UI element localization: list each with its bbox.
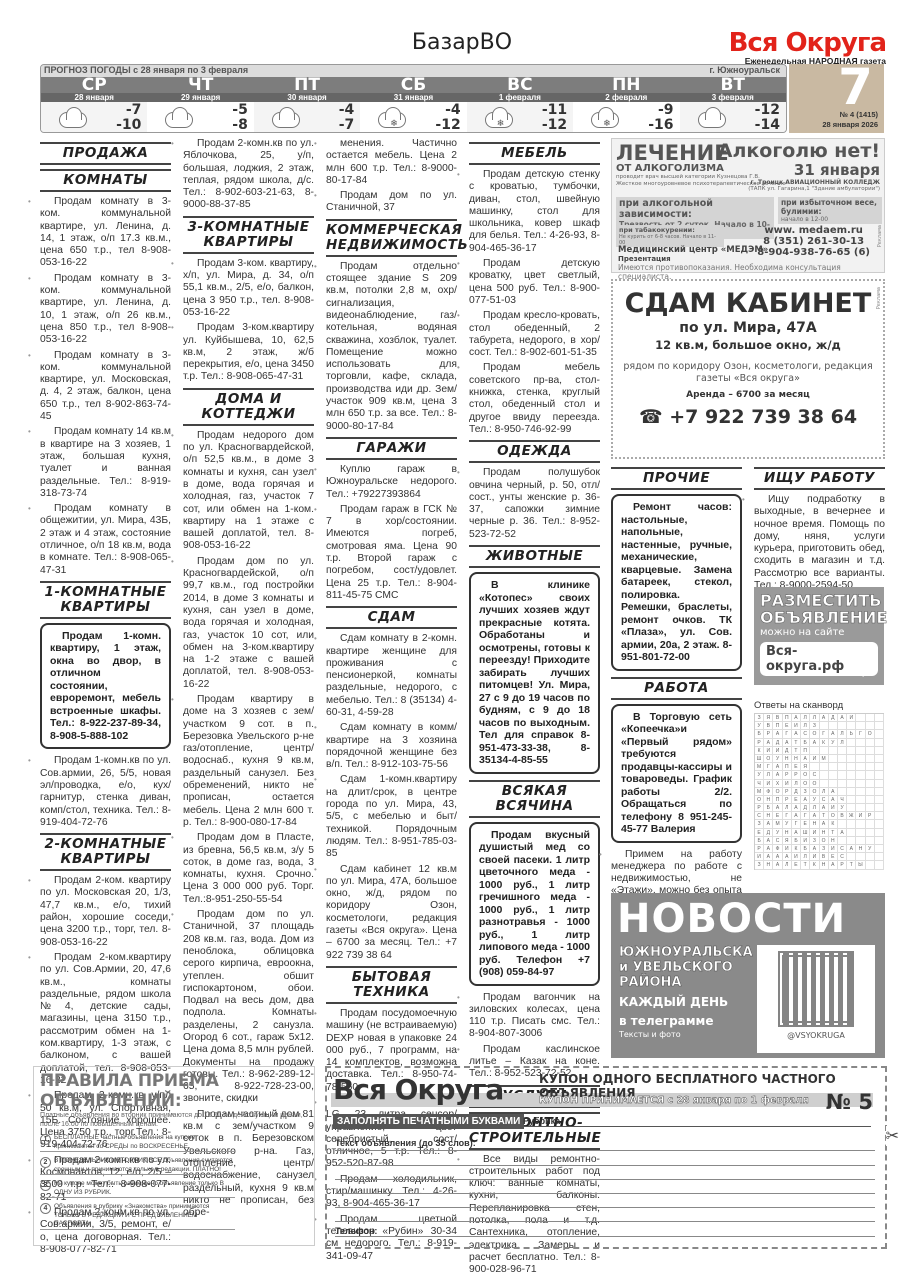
section-1room: 1-КОМНАТНЫЕ КВАРТИРЫ (40, 581, 171, 619)
temp-low: -14 (755, 118, 780, 133)
scanword-cell: П (801, 747, 810, 755)
scanword-cell (838, 722, 847, 730)
scanword-cell: И (764, 747, 773, 755)
scanword-cell (838, 837, 847, 845)
scanword-cell: К (820, 739, 829, 747)
scanword-cell: У (773, 829, 782, 837)
scanword-cell (838, 788, 847, 796)
scanword-cell (856, 820, 865, 828)
scanword-cell (820, 763, 829, 771)
scanword-cell: Н (810, 820, 819, 828)
rule-text: БЕСПЛАТНЫЕ частные объявления на купоне … (54, 1134, 195, 1150)
scanword-cell: Д (792, 788, 801, 796)
scanword-cell (856, 763, 865, 771)
classified-ad: Продам комнату в 3-ком. коммунальной ква… (40, 196, 171, 270)
weather-day: ВС 1 февраля ❄ -11-12 (467, 77, 573, 133)
scanword-cell (866, 804, 875, 812)
section-appliances: БЫТОВАЯ ТЕХНИКА (326, 966, 457, 1004)
scanword-cell (829, 780, 838, 788)
scanword-cell: Р (764, 730, 773, 738)
scanword-cell: И (810, 755, 819, 763)
scanword-cell: А (829, 861, 838, 869)
temp-low: -12 (435, 118, 460, 133)
office-details: 12 кв.м, большое окно, ж/д (613, 337, 883, 353)
rule-number: 4 (40, 1203, 51, 1214)
rehab-weight: при избыточном весе, булимии: (781, 198, 879, 216)
temp-high: -4 (435, 103, 460, 118)
scanword-cell: С (810, 771, 819, 779)
section-3room: 3-КОМНАТНЫЕ КВАРТИРЫ (183, 216, 314, 254)
scanword-cell: И (773, 747, 782, 755)
scanword-cell (838, 771, 847, 779)
page-number: 7 (789, 64, 884, 110)
issue-box: 7 № 4 (1415) 28 января 2026 (789, 64, 884, 133)
scanword-cell: У (755, 722, 764, 730)
phone-icon: ☎ (639, 406, 669, 428)
rules-title: ПРАВИЛА ПРИЕМА ОБЪЯВЛЕНИЙ: (40, 1071, 308, 1111)
scanword-cell (866, 771, 875, 779)
scanword-cell: П (773, 722, 782, 730)
boxed-ad: Ремонт часов: настольные, напольные, нас… (611, 494, 742, 671)
scanword-cell (856, 837, 865, 845)
scanword-cell: Л (764, 771, 773, 779)
scanword-cell: З (755, 714, 764, 722)
scanword-cell (856, 780, 865, 788)
scanword-cell: А (773, 730, 782, 738)
scanword-cell: О (801, 780, 810, 788)
scanword-cell (866, 788, 875, 796)
scanword-cell: Л (801, 714, 810, 722)
day-name: ПН (573, 77, 679, 93)
scanword-cell (856, 755, 865, 763)
scanword-cell (866, 755, 875, 763)
classified-ad: Продам мебель советского пр-ва, стол-кни… (469, 362, 600, 436)
scanword-grid: ЗЯВПАЛЛАДАИУВПЕИЛЗБРАГАСОГАЛЬГОРАДАТБАКУ… (754, 713, 884, 870)
temp-high: -12 (755, 103, 780, 118)
temp-low: -12 (542, 118, 567, 133)
scanword-cell (866, 714, 875, 722)
scanword-cell: Н (764, 796, 773, 804)
scanword-cell (810, 763, 819, 771)
scanword-cell: К (755, 747, 764, 755)
scanword-cell: П (783, 714, 792, 722)
scanword-cell: Н (764, 861, 773, 869)
scanword-cell: Л (820, 788, 829, 796)
scanword-cell: Е (792, 763, 801, 771)
scanword-cell: В (773, 714, 782, 722)
scanword-cell: Н (829, 837, 838, 845)
scanword-cell (856, 747, 865, 755)
scanword-cell: Т (847, 861, 856, 869)
scanword-cell: Т (801, 861, 810, 869)
scanword-cell: Н (783, 755, 792, 763)
scanword-cell (838, 820, 847, 828)
rubric-field[interactable]: Рубрика (523, 1116, 871, 1127)
scanword-cell (875, 812, 884, 820)
rule-item: 3На купоне может быть размещено объявлен… (40, 1180, 235, 1198)
scanword-cell (866, 820, 875, 828)
rehab-smoke: при табакокурении: (619, 226, 721, 234)
scanword-cell (838, 747, 847, 755)
scanword-cell: Л (792, 780, 801, 788)
scanword-cell: Г (792, 820, 801, 828)
scanword-cell: Т (820, 812, 829, 820)
scanword-cell: А (801, 755, 810, 763)
classified-ad: Ищу подработку в выходные, в вечернее и … (754, 494, 885, 592)
classified-ad: Продам гараж в ГСК № 7 в хор/состоянии. … (326, 504, 457, 602)
day-date: 28 января (41, 93, 147, 102)
rules-intro: Платные объявления во вторник принимаютс… (40, 1111, 308, 1129)
scanword-cell (847, 747, 856, 755)
day-date: 29 января (147, 93, 253, 102)
scanword-cell (866, 763, 875, 771)
scanword-cell: З (755, 861, 764, 869)
scanword-cell (847, 788, 856, 796)
classified-ad: Продам дом по ул. Станичной, 37 (326, 190, 457, 215)
scanword-cell (875, 820, 884, 828)
scanword-cell: Л (838, 739, 847, 747)
scanword-cell: Р (783, 796, 792, 804)
scanword-cell: Я (801, 763, 810, 771)
section-commercial: КОММЕРЧЕСКАЯ НЕДВИЖИМОСТЬ (326, 219, 457, 257)
scanword-cell: Г (856, 730, 865, 738)
text-line[interactable] (335, 1165, 875, 1166)
scanword-cell (820, 780, 829, 788)
scanword-cell (838, 780, 847, 788)
scanword-cell: А (792, 829, 801, 837)
section-other: ПРОЧИЕ (611, 467, 742, 490)
scanword-cell (875, 722, 884, 730)
scanword-cell: И (783, 780, 792, 788)
scanword-cell: И (783, 845, 792, 853)
scanword-cell: У (773, 755, 782, 763)
scanword-cell (829, 722, 838, 730)
scanword-cell (866, 837, 875, 845)
scanword-cell: Н (764, 812, 773, 820)
text-line[interactable] (335, 1207, 875, 1208)
boxed-ad: В клинике «Котопес» своих лучших хозяев … (469, 572, 600, 774)
text-label: Текст объявления (до 35 слов): (335, 1138, 476, 1148)
scanword-cell: Б (755, 837, 764, 845)
phone-field[interactable]: Телефон: (335, 1226, 875, 1237)
scanword-cell: Ш (801, 829, 810, 837)
issue-number: № 4 (1415) (789, 110, 884, 120)
rule-item: 1БЕСПЛАТНЫЕ частные объявления на купоне… (40, 1134, 235, 1152)
rehab-date: 31 января (718, 161, 880, 179)
rehab-ad: ЛЕЧЕНИЕ ОТ АЛКОГОЛИЗМА проводит врач выс… (611, 138, 885, 273)
section-rent: СДАМ (326, 606, 457, 629)
scissors-icon: ✂ (886, 1126, 899, 1146)
scanword-cell: Т (829, 829, 838, 837)
section-work: РАБОТА (611, 677, 742, 700)
scanword-cell (856, 804, 865, 812)
scanword-cell: З (810, 837, 819, 845)
rule-item: 2В ПОНЕДЕЛЬНИК и ВТОРНИК ВСЕ объявления … (40, 1157, 235, 1175)
scanword-cell: Л (838, 730, 847, 738)
temp-high: -9 (648, 103, 673, 118)
scanword-cell: М (755, 763, 764, 771)
scanword-cell (866, 780, 875, 788)
classified-ad: Продам кресло-кровать, стол обеденный, 2… (469, 310, 600, 359)
scanword-cell (820, 722, 829, 730)
scanword-cell: Е (801, 820, 810, 828)
scanword-cell (847, 837, 856, 845)
boxed-ad: Продам вкусный душистый мед со своей пас… (469, 822, 600, 986)
post-ad-line3: можно на сайте (760, 627, 878, 638)
cloudy-icon (694, 108, 728, 128)
section-seek-work: ИЩУ РАБОТУ (754, 467, 885, 490)
scanword-cell: С (773, 837, 782, 845)
ad-rules: ПРАВИЛА ПРИЕМА ОБЪЯВЛЕНИЙ: Платные объяв… (33, 1066, 315, 1246)
scanword-cell (847, 804, 856, 812)
classified-ad: Продам комнату в 3-ком. коммунальной ква… (40, 350, 171, 424)
column-6: ИЩУ РАБОТУ Ищу подработку в выходные, в … (754, 463, 885, 595)
rule-number: 2 (40, 1157, 51, 1168)
scanword-cell: А (783, 853, 792, 861)
scanword-cell: В (764, 722, 773, 730)
coupon-accepted: КУПОН ПРИНИМАЕТСЯ с 28 января по 1 февра… (539, 1095, 809, 1106)
qr-code[interactable]: @VSYOKRUGA (757, 945, 875, 1053)
scanword-cell: Д (783, 747, 792, 755)
weather-day: ПТ 30 января -4-7 (254, 77, 360, 133)
temp-low: -7 (339, 118, 355, 133)
scanword-cell: Е (829, 853, 838, 861)
classified-ad: Продам комнату 14 кв.м в квартире на 3 х… (40, 426, 171, 500)
rule-item: 4Объявления в рубрику «Знакомства» прини… (40, 1203, 235, 1230)
scanword-cell (829, 771, 838, 779)
classified-ad: Продам 3-ком. квартиру, х/п, ул. Мира, д… (183, 258, 314, 319)
scanword-cell: Ш (755, 755, 764, 763)
rehab-center: Медицинский центр «МЕДЭМ» (618, 245, 768, 255)
scanword-cell: А (820, 714, 829, 722)
scanword-cell: Н (820, 829, 829, 837)
scanword-cell: А (764, 845, 773, 853)
classified-ad: Продам вагончик на зиловских колесах, це… (469, 992, 600, 1041)
scanword-cell (866, 722, 875, 730)
scanword-cell (856, 853, 865, 861)
scanword-cell: М (755, 788, 764, 796)
scanword-cell: И (810, 853, 819, 861)
scanword-cell: Л (783, 804, 792, 812)
snow-icon: ❄ (587, 108, 621, 128)
day-name: СБ (360, 77, 466, 93)
scanword-cell: А (801, 796, 810, 804)
section-2room: 2-КОМНАТНЫЕ КВАРТИРЫ (40, 833, 171, 871)
scanword-cell (875, 853, 884, 861)
weather-day: ЧТ 29 января -5-8 (147, 77, 253, 133)
scanword-cell (875, 730, 884, 738)
scanword-cell (875, 771, 884, 779)
scanword-cell: Г (801, 812, 810, 820)
classified-ad: менения. Частично остается мебель. Цена … (326, 138, 457, 187)
day-date: 3 февраля (680, 93, 786, 102)
day-name: ЧТ (147, 77, 253, 93)
scanword-cell: А (764, 820, 773, 828)
coupon-brand: Вся Округа (333, 1073, 503, 1106)
scanword-cell: С (838, 845, 847, 853)
scanword-cell: У (783, 820, 792, 828)
scanword-cell (856, 771, 865, 779)
scanword-cell: У (866, 845, 875, 853)
temp-high: -7 (116, 103, 141, 118)
rehab-phone-1: 8 (351) 261-30-13 (757, 236, 870, 247)
scanword-cell: А (847, 845, 856, 853)
scanword-cell: Б (792, 837, 801, 845)
scanword-cell (847, 796, 856, 804)
scanword-cell: И (755, 853, 764, 861)
scanword-cell: Р (792, 771, 801, 779)
office-phone: +7 922 739 38 64 (669, 406, 857, 428)
scanword-cell: А (792, 730, 801, 738)
scanword-cell (866, 829, 875, 837)
scanword-cell (847, 739, 856, 747)
telegram-handle: @VSYOKRUGA (763, 1031, 869, 1040)
day-name: ПТ (254, 77, 360, 93)
classified-ad: Продам недорого дом по ул. Красногвардей… (183, 430, 314, 553)
scanword-cell: А (773, 771, 782, 779)
boxed-ad: Продам 1-комн. квартиру, 1 этаж, окна во… (40, 623, 171, 750)
scanword-cell: Р (838, 861, 847, 869)
rule-text: На купоне может быть размещено объявлени… (54, 1180, 224, 1196)
scanword-cell: И (764, 780, 773, 788)
scanword-cell (847, 722, 856, 730)
scanword-cell: О (866, 730, 875, 738)
cloudy-icon (161, 108, 195, 128)
scanword-cell: У (755, 771, 764, 779)
scanword-cell: Ч (838, 796, 847, 804)
scanword-cell (829, 747, 838, 755)
scanword-cell: Б (755, 730, 764, 738)
scanword-cell: Д (764, 829, 773, 837)
classified-ad: Продам комнату в 3-ком. коммунальной ква… (40, 273, 171, 347)
scanword-cell: А (792, 804, 801, 812)
classified-ad: Сдам комнату в 2-комн. квартире женщине … (326, 633, 457, 719)
scanword-cell (866, 861, 875, 869)
scanword-cell: О (755, 796, 764, 804)
temp-high: -5 (232, 103, 248, 118)
classified-ad: Продам отдельно стоящее здание S 209 кв.… (326, 261, 457, 433)
scanword-cell (875, 829, 884, 837)
scanword-cell: О (773, 788, 782, 796)
scanword-cell: А (820, 804, 829, 812)
scanword-cell (866, 747, 875, 755)
scanword-cell: Е (792, 796, 801, 804)
coupon-fill-note: ЗАПОЛНЯТЬ ПЕЧАТНЫМИ БУКВАМИ (333, 1114, 524, 1129)
scanword-cell (847, 771, 856, 779)
post-ad-banner[interactable]: РАЗМЕСТИТЬ ОБЪЯВЛЕНИЕ можно на сайте Вся… (754, 587, 884, 685)
free-ad-coupon: Вся Округа КУПОН ОДНОГО БЕСПЛАТНОГО ЧАСТ… (325, 1066, 887, 1249)
scanword-cell (875, 845, 884, 853)
ad-label: Реклама (877, 225, 883, 247)
cloudy-icon (268, 108, 302, 128)
scanword-cell: Е (773, 812, 782, 820)
snow-icon: ❄ (374, 108, 408, 128)
scanword-cell: И (801, 837, 810, 845)
scanword-cell: Д (829, 714, 838, 722)
rubric-label: Рубрика (523, 1116, 560, 1126)
scanword-cell: А (810, 812, 819, 820)
text-line[interactable] (335, 1193, 875, 1194)
scanword-cell: А (838, 714, 847, 722)
scanword-cell: Л (810, 804, 819, 812)
scanword-cell: И (829, 804, 838, 812)
text-line[interactable] (335, 1150, 875, 1151)
classified-ad: Продам 3-ком.квартиру ул. Куйбышева, 10,… (183, 322, 314, 383)
scanword-cell: А (792, 714, 801, 722)
post-ad-line2: ОБЪЯВЛЕНИЕ (760, 609, 878, 626)
scanword-cell (856, 739, 865, 747)
day-date: 31 января (360, 93, 466, 102)
scanword-cell (820, 747, 829, 755)
scanword-cell: У (829, 739, 838, 747)
scanword-cell (875, 739, 884, 747)
phone-label: Телефон: (335, 1226, 377, 1236)
scanword-cell: С (838, 853, 847, 861)
rule-number: 3 (40, 1180, 51, 1191)
temp-high: -11 (542, 103, 567, 118)
rule-text: Объявления в рубрику «Знакомства» приним… (54, 1203, 209, 1227)
scanword-cell: А (773, 804, 782, 812)
scanword-cell (847, 763, 856, 771)
day-name: СР (41, 77, 147, 93)
scanword-cell: А (820, 820, 829, 828)
weather-day: ПН 2 февраля ❄ -9-16 (573, 77, 679, 133)
scanword-cell: У (838, 804, 847, 812)
scanword-cell: Л (783, 861, 792, 869)
scanword-cell: Н (792, 755, 801, 763)
scanword-cell: Р (755, 739, 764, 747)
scanword-cell (838, 755, 847, 763)
scanword-cell: А (829, 796, 838, 804)
scanword-cell: Т (792, 739, 801, 747)
rehab-site[interactable]: www. medaem.ru (757, 225, 870, 236)
scanword-cell: Н (856, 845, 865, 853)
news-title: НОВОСТИ (617, 896, 846, 942)
weather-forecast: ПРОГНОЗ ПОГОДЫ с 28 января по 3 февраля … (40, 64, 787, 133)
scanword-cell (847, 755, 856, 763)
scanword-cell: Е (792, 861, 801, 869)
temp-low: -16 (648, 118, 673, 133)
classified-ad: Продам 2-ком. квартиру по ул. Московская… (40, 875, 171, 949)
scanword-cell: В (838, 812, 847, 820)
cursor-icon: ➚ (860, 665, 872, 681)
rehab-place: г. Троицк АВИАЦИОННЫЙ КОЛЛЕДЖ (718, 179, 880, 186)
scanword-cell: А (810, 845, 819, 853)
qr-code-icon (778, 951, 854, 1027)
classified-ad: Продам комнату в общежитии, ул. Мира, 43… (40, 503, 171, 577)
scanword-cell: Г (764, 763, 773, 771)
scanword-cell: О (820, 837, 829, 845)
section-sale: ПРОДАЖА (40, 142, 171, 165)
cloudy-icon (55, 108, 89, 128)
classified-ad: Продам дом по ул. Красногвардейской, о/п… (183, 556, 314, 691)
temp-high: -4 (339, 103, 355, 118)
scanword-cell: Т (792, 747, 801, 755)
scanword-cell: А (838, 829, 847, 837)
scanword-title: Ответы на сканворд (754, 700, 843, 711)
scanword-cell: О (764, 755, 773, 763)
scanword-cell: К (810, 861, 819, 869)
text-line[interactable] (335, 1179, 875, 1180)
scanword-cell: Ь (847, 730, 856, 738)
scanword-cell: А (764, 739, 773, 747)
text-line[interactable] (335, 1221, 875, 1222)
scanword-cell (847, 853, 856, 861)
scanword-cell: Д (773, 739, 782, 747)
scanword-cell (856, 714, 865, 722)
section-clothes: ОДЕЖДА (469, 440, 600, 463)
scanword-cell (838, 763, 847, 771)
